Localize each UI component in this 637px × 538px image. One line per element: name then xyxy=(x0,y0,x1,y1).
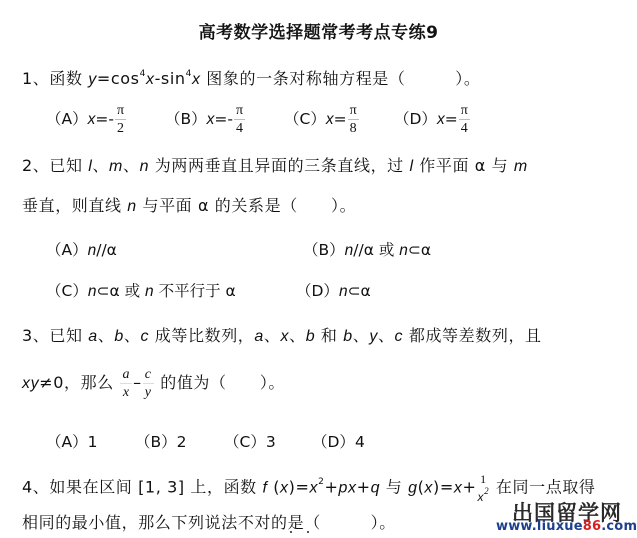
option-label: （D） xyxy=(312,433,355,451)
fraction-1-over-x-squared: 1x2 xyxy=(478,472,490,504)
math-expr: ⊂α 或 xyxy=(96,282,145,300)
text: 如果在区间 [1, 3] 上，函数 xyxy=(49,478,262,497)
exponent: 2 xyxy=(484,486,489,496)
option-label: （A） xyxy=(46,433,88,451)
math-expr: =- xyxy=(95,110,114,128)
text: 、 xyxy=(123,156,140,175)
text: ≠0，那么 xyxy=(39,373,119,392)
math-var: m xyxy=(109,158,123,175)
option-label: （D） xyxy=(296,282,339,300)
question-3-option-a: （A）1 xyxy=(46,430,97,452)
text: 、 xyxy=(289,326,306,345)
option-label: （C） xyxy=(284,110,326,128)
denominator: x2 xyxy=(478,486,490,504)
emphasis-dot xyxy=(290,531,292,533)
denominator: 2 xyxy=(115,120,126,137)
fraction-c-over-y: cy xyxy=(143,366,154,401)
text: 、 xyxy=(264,326,281,345)
text: 为两两垂直且异面的三条直线，过 xyxy=(149,156,409,175)
math-expr: =- xyxy=(214,110,233,128)
text: 都成等差数列，且 xyxy=(403,326,542,345)
question-2-option-c: （C）n⊂α 或 n 不平行于 α xyxy=(46,279,236,301)
math-expr: = xyxy=(334,110,347,128)
text: 垂直，则直线 xyxy=(22,196,127,215)
text: 与平面 α 的关系是（ ）。 xyxy=(137,196,356,215)
math-var: x xyxy=(326,111,334,128)
option-value: 1 xyxy=(88,433,98,451)
question-4-stem-line1: 4、如果在区间 [1, 3] 上，函数 f (x)=x2+px+q 与 g(x)… xyxy=(22,472,596,504)
text: + xyxy=(324,478,338,497)
math-var: n xyxy=(127,198,137,215)
math-expr: ⊂α xyxy=(408,241,431,259)
math-var: n xyxy=(145,283,154,300)
question-2-option-a: （A）n//α xyxy=(46,238,117,260)
denominator: 4 xyxy=(234,120,245,137)
text: 作平面 α 与 xyxy=(414,156,514,175)
question-number: 4、 xyxy=(22,478,49,497)
math-var: c xyxy=(395,328,404,345)
question-number: 1、 xyxy=(22,69,49,88)
math-var: x xyxy=(454,480,463,497)
option-label: （A） xyxy=(46,241,88,259)
option-label: （C） xyxy=(46,282,88,300)
question-3-option-c: （C）3 xyxy=(224,430,276,452)
fraction: π8 xyxy=(348,102,359,137)
math-var: b xyxy=(343,328,353,345)
question-2-stem-line2: 垂直，则直线 n 与平面 α 的关系是（ ）。 xyxy=(22,193,356,216)
numerator: a xyxy=(120,366,132,384)
text: )= xyxy=(433,478,454,497)
text: -sin xyxy=(155,69,186,88)
question-3-option-d: （D）4 xyxy=(312,430,365,452)
question-3-stem-line1: 3、已知 a、b、c 成等比数列，a、x、b 和 b、y、c 都成等差数列，且 xyxy=(22,323,542,346)
option-label: （B） xyxy=(135,433,177,451)
question-1-stem: 1、函数 y=cos4x-sin4x 图象的一条对称轴方程是（ ）。 xyxy=(22,66,481,89)
text: 、 xyxy=(124,326,141,345)
numerator: π xyxy=(115,102,126,120)
option-label: （C） xyxy=(224,433,266,451)
text: 在同一点取得 xyxy=(490,478,595,497)
question-number: 2、 xyxy=(22,156,49,175)
math-var: x xyxy=(437,111,445,128)
denominator: y xyxy=(143,384,154,401)
math-var: x xyxy=(280,480,289,497)
url-suffix: .com xyxy=(601,519,637,534)
math-var: n xyxy=(88,242,97,259)
text: + xyxy=(357,478,371,497)
question-2-option-b: （B）n//α 或 n⊂α xyxy=(303,238,431,260)
math-var: m xyxy=(514,158,528,175)
numerator: π xyxy=(234,102,245,120)
math-var: x xyxy=(146,71,155,88)
math-var: q xyxy=(371,480,381,497)
emphasized-text: 不对 xyxy=(238,513,271,532)
math-var: y xyxy=(369,328,378,345)
question-4-stem-line2: 相同的最小值，那么下列说法不对的是（ ）。 xyxy=(22,510,396,533)
text: 图象的一条对称轴方程是（ ）。 xyxy=(201,69,481,88)
numerator: π xyxy=(348,102,359,120)
text: 函数 xyxy=(49,69,88,88)
math-var: g xyxy=(408,480,418,497)
math-var: x xyxy=(310,480,319,497)
text: ( xyxy=(268,478,281,497)
text: 、 xyxy=(98,326,115,345)
denominator: 4 xyxy=(459,120,470,137)
option-label: （B） xyxy=(303,241,345,259)
question-2-option-d: （D）n⊂α xyxy=(296,279,371,301)
option-label: （D） xyxy=(394,110,437,128)
math-var: b xyxy=(114,328,124,345)
option-value: 4 xyxy=(355,433,365,451)
math-var: b xyxy=(306,328,316,345)
denominator: 8 xyxy=(348,120,359,137)
fraction: π4 xyxy=(234,102,245,137)
math-var: a xyxy=(88,328,98,345)
text: 成等比数列， xyxy=(149,326,254,345)
exponent: 4 xyxy=(140,69,146,79)
math-var: xy xyxy=(22,375,39,392)
math-var: n xyxy=(339,283,348,300)
minus-sign: – xyxy=(133,373,142,392)
text: 、 xyxy=(92,156,109,175)
math-var: n xyxy=(399,242,408,259)
math-var: x xyxy=(192,71,201,88)
math-var: n xyxy=(140,158,150,175)
question-1-option-b: （B）x=-π4 xyxy=(165,102,246,137)
denominator: x xyxy=(120,384,132,401)
text: =cos xyxy=(97,69,140,88)
text: 、 xyxy=(378,326,395,345)
numerator: c xyxy=(143,366,154,384)
numerator: π xyxy=(459,102,470,120)
question-1-option-a: （A）x=-π2 xyxy=(46,102,127,137)
text: 、 xyxy=(353,326,370,345)
text: 已知 xyxy=(49,326,88,345)
url-prefix: www.liuxue xyxy=(496,519,583,534)
text: 的是（ ）。 xyxy=(271,513,396,532)
text: )= xyxy=(289,478,310,497)
exponent: 4 xyxy=(186,69,192,79)
text: 与 xyxy=(380,478,408,497)
math-var: x xyxy=(424,480,433,497)
math-var: px xyxy=(338,480,356,497)
text: 和 xyxy=(315,326,343,345)
numerator: 1 xyxy=(478,472,490,486)
watermark-url: www.liuxue86.com xyxy=(496,519,637,534)
question-1-option-c: （C）x=π8 xyxy=(284,102,360,137)
math-var: a xyxy=(254,328,264,345)
option-label: （B） xyxy=(165,110,207,128)
option-value: 3 xyxy=(266,433,276,451)
math-var: c xyxy=(141,328,150,345)
question-1-option-d: （D）x=π4 xyxy=(394,102,471,137)
emphasis-dot xyxy=(307,531,309,533)
exponent: 2 xyxy=(318,477,324,487)
math-var: y xyxy=(88,71,97,88)
text: 的值为（ ）。 xyxy=(155,373,286,392)
option-label: （A） xyxy=(46,110,88,128)
math-expr: = xyxy=(445,110,458,128)
math-expr: 不平行于 α xyxy=(154,282,236,300)
text: 已知 xyxy=(49,156,88,175)
text: + xyxy=(463,478,477,497)
math-var: x xyxy=(281,328,290,345)
option-value: 2 xyxy=(177,433,187,451)
math-var: n xyxy=(345,242,354,259)
question-2-stem-line1: 2、已知 l、m、n 为两两垂直且异面的三条直线，过 l 作平面 α 与 m xyxy=(22,153,528,176)
text: 相同的最小值，那么下列说法 xyxy=(22,513,238,532)
document-title: 高考数学选择题常考考点专练9 xyxy=(0,18,637,43)
math-expr: //α 或 xyxy=(353,241,399,259)
url-highlight: 86 xyxy=(583,519,602,534)
fraction: π4 xyxy=(459,102,470,137)
fraction-a-over-x: ax xyxy=(120,366,132,401)
question-3-option-b: （B）2 xyxy=(135,430,187,452)
math-expr: //α xyxy=(96,241,117,259)
math-expr: ⊂α xyxy=(348,282,371,300)
question-number: 3、 xyxy=(22,326,49,345)
question-3-stem-line2: xy≠0，那么 ax–cy 的值为（ ）。 xyxy=(22,366,285,401)
fraction: π2 xyxy=(115,102,126,137)
